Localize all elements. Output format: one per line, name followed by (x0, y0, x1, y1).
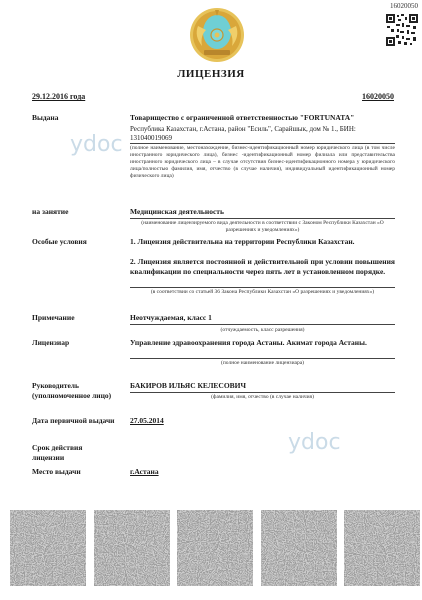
barcode-1 (10, 510, 86, 586)
place-value: г.Астана (130, 467, 395, 477)
qr-code-icon (386, 14, 418, 46)
note-caption: (отчуждаемость, класс разрешения) (130, 327, 395, 334)
barcode-2 (94, 510, 170, 586)
conditions-caption: (в соответствии со статьей 36 Закона Рес… (130, 289, 395, 296)
condition-item-2: 2. Лицензия является постоянной и действ… (130, 257, 395, 277)
activity-caption: (наименование лицензируемого вида деятел… (130, 220, 395, 234)
conditions-label: Особые условия (32, 237, 87, 247)
watermark: ydoc (288, 430, 341, 455)
licensor-caption: (полное наименование лицензиара) (130, 360, 395, 367)
place-label: Место выдачи (32, 467, 81, 477)
first-issue-label: Дата первичной выдачи (32, 416, 115, 426)
licensor-value: Управление здравоохранения города Астаны… (130, 338, 395, 348)
barcode-3 (177, 510, 253, 586)
note-label: Примечание (32, 313, 75, 323)
issued-caption: (полное наименование, местонахождение, б… (130, 145, 395, 180)
head-label-line2: (уполномоченное лицо) (32, 391, 111, 401)
divider (130, 324, 395, 325)
issued-address: Республика Казахстан, г.Астана, район "Е… (130, 125, 395, 143)
activity-value: Медицинская деятельность (130, 207, 395, 217)
head-label-line1: Руководитель (32, 381, 111, 391)
divider (130, 358, 395, 359)
barcode-4 (261, 510, 337, 586)
registration-number: 16020050 (362, 92, 394, 101)
divider (130, 143, 395, 144)
head-label: Руководитель (уполномоченное лицо) (32, 381, 111, 401)
page-title: ЛИЦЕНЗИЯ (0, 68, 422, 80)
watermark: ydoc (70, 132, 123, 157)
document-number-top: 16020050 (390, 2, 418, 10)
activity-label: на занятие (32, 207, 68, 217)
divider (130, 287, 395, 288)
divider (130, 392, 395, 393)
head-caption: (фамилия, имя, отчество (в случае наличи… (130, 394, 395, 401)
first-issue-value: 27.05.2014 (130, 416, 395, 426)
validity-label-line2: лицензии (32, 453, 82, 463)
state-emblem-icon (188, 6, 246, 64)
condition-item-1: 1. Лицензия действительна на территории … (130, 237, 395, 247)
licensor-label: Лицензиар (32, 338, 69, 348)
head-value: БАКИРОВ ИЛЬЯС КЕЛЕСОВИЧ (130, 381, 395, 391)
issued-label: Выдана (32, 113, 58, 123)
divider (130, 218, 395, 219)
issue-date: 29.12.2016 года (32, 92, 85, 101)
validity-label: Срок действия лицензии (32, 443, 82, 463)
issued-name: Товарищество с ограниченной ответственно… (130, 113, 395, 123)
barcode-5 (344, 510, 420, 586)
validity-label-line1: Срок действия (32, 443, 82, 453)
note-value: Неотчуждаемая, класс 1 (130, 313, 395, 323)
